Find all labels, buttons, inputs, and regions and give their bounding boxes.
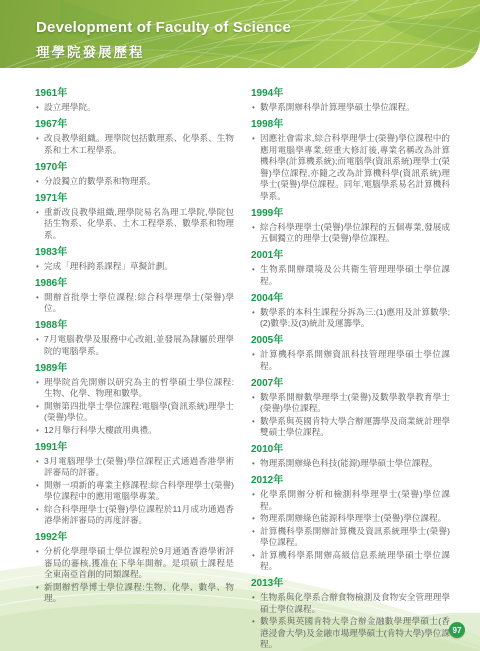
- event-list: 3月電腦理學士(榮譽)學位課程正式通過香港學術評審局的評審。開辦一項新的專業主修…: [35, 456, 234, 527]
- event-list: 理學院首先開辦以研究為主的哲學碩士學位課程:生物、化學、物理和數學。開辦第四批學…: [35, 377, 234, 437]
- timeline-item: 12月舉行科學大樓啟用典禮。: [35, 425, 234, 437]
- timeline-item: 開辦首批學士學位課程:綜合科學理學士(榮譽)學位。: [35, 292, 234, 315]
- timeline-entry: 2007年 數學系開辦數學理學士(榮譽)及數學教學教育學士(榮譽)學位課程。數學…: [251, 378, 450, 439]
- timeline-item: 分設獨立的數學系和物理系。: [35, 176, 234, 188]
- timeline-entry: 1967年 改良教學組織。理學院包括數理系、化學系、生物系和土木工程學系。: [35, 119, 234, 156]
- timeline-entry: 1999年 綜合科學理學士(榮譽)學位課程的五個專業,發展成五個獨立的理學士(榮…: [251, 208, 450, 245]
- year-heading: 2007年: [251, 378, 450, 390]
- timeline-entry: 1970年 分設獨立的數學系和物理系。: [35, 162, 234, 188]
- page-title-english: Development of Faculty of Science: [36, 19, 291, 36]
- timeline-item: 數學系的本科生課程分拆為三:(1)應用及計算數學;(2)數學;及(3)統計及運籌…: [251, 307, 450, 330]
- event-list: 物理系開辦綠色科技(能源)理學碩士學位課程。: [251, 458, 450, 470]
- timeline-entry: 2005年 計算機科學系開辦資訊科技管理理學碩士學位課程。: [251, 335, 450, 372]
- timeline-item: 重新改良教學組織,理學院易名為理工學院,學院包括生物系、化學系、土木工程學系、數…: [35, 207, 234, 242]
- event-list: 計算機科學系開辦資訊科技管理理學碩士學位課程。: [251, 349, 450, 372]
- year-heading: 1986年: [35, 278, 234, 290]
- year-heading: 1970年: [35, 162, 234, 174]
- timeline-item: 生物系開辦環境及公共衛生管理理學碩士學位課程。: [251, 264, 450, 287]
- year-heading: 2004年: [251, 293, 450, 305]
- event-list: 化學系開辦分析和檢測科學理學士(榮譽)學位課程。物理系開辦綠色能源科學理學士(榮…: [251, 489, 450, 573]
- timeline-item: 數學系與英國肯特大學合辦金融數學理學碩士(香港浸會大學)及金融市場理學碩士(肯特…: [251, 616, 450, 651]
- year-heading: 1989年: [35, 363, 234, 375]
- year-heading: 1999年: [251, 208, 450, 220]
- timeline-entry: 1988年 7月電腦教學及服務中心改組,並發展為隸屬於理學院的電腦學系。: [35, 320, 234, 357]
- year-heading: 1988年: [35, 320, 234, 332]
- timeline-item: 生物系與化學系合辦食物檢測及食物安全管理理學碩士學位課程。: [251, 592, 450, 615]
- timeline-item: 化學系開辦分析和檢測科學理學士(榮譽)學位課程。: [251, 489, 450, 512]
- year-heading: 1998年: [251, 119, 450, 131]
- timeline-entry: 2001年 生物系開辦環境及公共衛生管理理學碩士學位課程。: [251, 250, 450, 287]
- timeline-item: 計算機科學系開辦計算機及資訊系統理學士(榮譽)學位課程。: [251, 526, 450, 549]
- timeline-entry: 1983年 完成「理科跨系課程」草擬計劃。: [35, 247, 234, 273]
- timeline-entry: 2013年 生物系與化學系合辦食物檢測及食物安全管理理學碩士學位課程。數學系與英…: [251, 578, 450, 651]
- year-heading: 1971年: [35, 193, 234, 205]
- event-list: 重新改良教學組織,理學院易名為理工學院,學院包括生物系、化學系、土木工程學系、數…: [35, 207, 234, 242]
- timeline-entry: 1971年 重新改良教學組織,理學院易名為理工學院,學院包括生物系、化學系、土木…: [35, 193, 234, 242]
- timeline-entry: 2012年 化學系開辦分析和檢測科學理學士(榮譽)學位課程。物理系開辦綠色能源科…: [251, 475, 450, 573]
- timeline-item: 3月電腦理學士(榮譽)學位課程正式通過香港學術評審局的評審。: [35, 456, 234, 479]
- timeline-item: 數學系與英國肯特大學合辦運籌學及商業統計理學雙碩士學位課程。: [251, 416, 450, 439]
- timeline-item: 新開辦哲學博士學位課程:生物、化學、數學、物理。: [35, 582, 234, 605]
- timeline-entry: 2004年 數學系的本科生課程分拆為三:(1)應用及計算數學;(2)數學;及(3…: [251, 293, 450, 330]
- year-heading: 2012年: [251, 475, 450, 487]
- year-heading: 2005年: [251, 335, 450, 347]
- year-heading: 2010年: [251, 444, 450, 456]
- timeline-entry: 1994年 數學系開辦科學計算理學碩士學位課程。: [251, 88, 450, 114]
- timeline-item: 理學院首先開辦以研究為主的哲學碩士學位課程:生物、化學、物理和數學。: [35, 377, 234, 400]
- timeline-item: 綜合科學理學士(榮譽)學位課程的五個專業,發展成五個獨立的理學士(榮譽)學位課程…: [251, 222, 450, 245]
- event-list: 數學系開辦科學計算理學碩士學位課程。: [251, 102, 450, 114]
- event-list: 生物系開辦環境及公共衛生管理理學碩士學位課程。: [251, 264, 450, 287]
- timeline-column-left: 1961年 設立理學院。 1967年 改良教學組織。理學院包括數理系、化學系、生…: [35, 86, 234, 651]
- page-header-banner: Development of Faculty of Science 理學院發展歷…: [0, 0, 480, 68]
- page-number-badge: 97: [449, 622, 465, 638]
- timeline-item: 物理系開辦綠色能源科學理學士(榮譽)學位課程。: [251, 513, 450, 525]
- event-list: 7月電腦教學及服務中心改組,並發展為隸屬於理學院的電腦學系。: [35, 334, 234, 357]
- year-heading: 1967年: [35, 119, 234, 131]
- timeline: 1961年 設立理學院。 1967年 改良教學組織。理學院包括數理系、化學系、生…: [35, 86, 450, 651]
- timeline-item: 設立理學院。: [35, 102, 234, 114]
- event-list: 綜合科學理學士(榮譽)學位課程的五個專業,發展成五個獨立的理學士(榮譽)學位課程…: [251, 222, 450, 245]
- timeline-item: 計算機科學系開辦高級信息系統理學碩士學位課程。: [251, 550, 450, 573]
- event-list: 設立理學院。: [35, 102, 234, 114]
- timeline-item: 開辦一項新的專業主修課程:綜合科學理學士(榮譽)學位課程中的應用電腦學專業。: [35, 480, 234, 503]
- timeline-entry: 2010年 物理系開辦綠色科技(能源)理學碩士學位課程。: [251, 444, 450, 470]
- year-heading: 1983年: [35, 247, 234, 259]
- timeline-item: 計算機科學系開辦資訊科技管理理學碩士學位課程。: [251, 349, 450, 372]
- timeline-item: 改良教學組織。理學院包括數理系、化學系、生物系和土木工程學系。: [35, 133, 234, 156]
- year-heading: 1991年: [35, 442, 234, 454]
- timeline-column-right: 1994年 數學系開辦科學計算理學碩士學位課程。 1998年 因應社會需求,綜合…: [251, 86, 450, 651]
- timeline-entry: 1998年 因應社會需求,綜合科學理學士(榮譽)學位課程中的應用電腦學專業,經重…: [251, 119, 450, 202]
- timeline-item: 開辦第四批學士學位課程:電腦學(資訊系統)理學士(榮譽)學位。: [35, 401, 234, 424]
- timeline-item: 完成「理科跨系課程」草擬計劃。: [35, 261, 234, 273]
- document-page: Development of Faculty of Science 理學院發展歷…: [0, 0, 480, 651]
- event-list: 因應社會需求,綜合科學理學士(榮譽)學位課程中的應用電腦學專業,經重大修訂後,專…: [251, 133, 450, 202]
- event-list: 改良教學組織。理學院包括數理系、化學系、生物系和土木工程學系。: [35, 133, 234, 156]
- event-list: 完成「理科跨系課程」草擬計劃。: [35, 261, 234, 273]
- timeline-entry: 1992年 分析化學理學碩士學位課程於9月通過香港學術評審局的審核,獲准在下學年…: [35, 532, 234, 605]
- event-list: 分析化學理學碩士學位課程於9月通過香港學術評審局的審核,獲准在下學年開辦。是項碩…: [35, 546, 234, 605]
- timeline-entry: 1989年 理學院首先開辦以研究為主的哲學碩士學位課程:生物、化學、物理和數學。…: [35, 363, 234, 437]
- year-heading: 1961年: [35, 88, 234, 100]
- timeline-entry: 1991年 3月電腦理學士(榮譽)學位課程正式通過香港學術評審局的評審。開辦一項…: [35, 442, 234, 527]
- timeline-item: 7月電腦教學及服務中心改組,並發展為隸屬於理學院的電腦學系。: [35, 334, 234, 357]
- timeline-item: 綜合科學理學士(榮譽)學位課程於11月成功通過香港學術評審局的再度評審。: [35, 504, 234, 527]
- event-list: 數學系開辦數學理學士(榮譽)及數學教學教育學士(榮譽)學位課程。數學系與英國肯特…: [251, 392, 450, 439]
- timeline-item: 物理系開辦綠色科技(能源)理學碩士學位課程。: [251, 458, 450, 470]
- timeline-entry: 1961年 設立理學院。: [35, 88, 234, 114]
- timeline-item: 因應社會需求,綜合科學理學士(榮譽)學位課程中的應用電腦學專業,經重大修訂後,專…: [251, 133, 450, 202]
- event-list: 數學系的本科生課程分拆為三:(1)應用及計算數學;(2)數學;及(3)統計及運籌…: [251, 307, 450, 330]
- event-list: 開辦首批學士學位課程:綜合科學理學士(榮譽)學位。: [35, 292, 234, 315]
- year-heading: 2013年: [251, 578, 450, 590]
- event-list: 分設獨立的數學系和物理系。: [35, 176, 234, 188]
- year-heading: 1994年: [251, 88, 450, 100]
- page-number: 97: [453, 626, 462, 635]
- timeline-item: 數學系開辦科學計算理學碩士學位課程。: [251, 102, 450, 114]
- event-list: 生物系與化學系合辦食物檢測及食物安全管理理學碩士學位課程。數學系與英國肯特大學合…: [251, 592, 450, 651]
- year-heading: 2001年: [251, 250, 450, 262]
- timeline-item: 分析化學理學碩士學位課程於9月通過香港學術評審局的審核,獲准在下學年開辦。是項碩…: [35, 546, 234, 581]
- timeline-item: 數學系開辦數學理學士(榮譽)及數學教學教育學士(榮譽)學位課程。: [251, 392, 450, 415]
- page-title-chinese: 理學院發展歷程: [36, 41, 145, 61]
- year-heading: 1992年: [35, 532, 234, 544]
- timeline-entry: 1986年 開辦首批學士學位課程:綜合科學理學士(榮譽)學位。: [35, 278, 234, 315]
